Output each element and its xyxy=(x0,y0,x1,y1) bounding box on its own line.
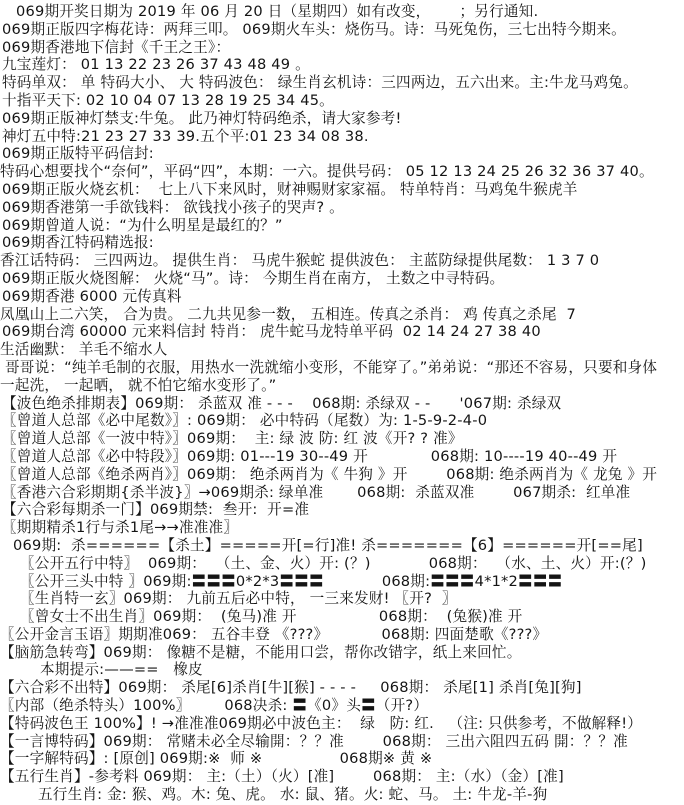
text-line: 069期正版特平码信封: xyxy=(0,145,684,163)
text-line: 哥哥说：“纯羊毛制的衣服，用热水一洗就缩小变形，不能穿了。”弟弟说：“那还不容易… xyxy=(0,359,684,377)
text-line: 一起洗， 一起晒， 就不怕它缩水变形了。” xyxy=(0,377,684,395)
text-line: 〖曾道人总部《必中特段》〗069期: 01---19 30--49 开 068期… xyxy=(0,448,684,466)
text-line: 【六合彩每期杀一门】069期禁: 叁开: 开=准 xyxy=(0,501,684,519)
text-line: 【六合彩不出特】069期： 杀尾[6]杀肖[牛][猴] ‐ ‐ ‐ ‐ 068期… xyxy=(0,679,684,697)
text-line: 神灯五中特:21 23 27 33 39.五个平:01 23 34 08 38. xyxy=(0,128,684,146)
text-line: 〖公开金言玉语〗期期准069： 五谷丰登 《???》 068期: 四面楚歌《??… xyxy=(0,626,684,644)
text-line: 〖公开三头中特 〗069期:〓〓〓0*2*3〓〓〓 068期:〓〓〓4*1*2〓… xyxy=(0,573,684,591)
text-line: 〖曾道人总部《一波中特》〗069期： 主: 绿 波 防: 红 波《开? ? 准》 xyxy=(0,430,684,448)
text-line: 069期: 杀======【杀土】=====开[=行]准! 杀=======【6… xyxy=(0,537,684,555)
text-line: 〖香港六合彩期期{杀半波}〗→069期杀: 绿单准 068期: 杀蓝双准 067… xyxy=(0,484,684,502)
text-line: 九宝莲灯： 01 13 22 23 26 37 43 48 49 。 xyxy=(0,56,684,74)
text-line: 〖期期精杀1行与杀1尾→→准准准〗 xyxy=(0,519,684,537)
text-line: 069期正版神灯禁支:牛兔。 此乃神灯特码绝杀，请大家参考! xyxy=(0,110,684,128)
text-line: 069期香港 6000 元传真料 xyxy=(0,288,684,306)
text-line: 〖生肖特一玄〗069期： 九前五后必中特， 一三来发财! 〖开? 〗 xyxy=(0,590,684,608)
text-line: 特码单双： 单 特码大小、 大 特码波色： 绿生肖玄机诗：三四两边，五六出来。主… xyxy=(0,74,684,92)
text-line: 生活幽默： 羊毛不缩水人 xyxy=(0,341,684,359)
text-line: 〖内部（绝杀特头）100%〗 068决杀: 〓《0》头〓（开?） xyxy=(0,697,684,715)
text-line: 【脑筋急转弯】069期： 像糖不是糖，不能用口尝，帮你改错字，纸上来回忙。 xyxy=(0,644,684,662)
text-line: 【特码波色王 100%】! →准准准069期必中波色主： 绿 防: 红. （注:… xyxy=(0,715,684,733)
text-line: 特码心想要找个“奈何”，平码“四”，本期：一六。提供号码： 05 12 13 2… xyxy=(0,163,684,181)
text-line: 〖公开五行中特〗 069期： （土、金、火）开: (？) 068期： （水、土、… xyxy=(0,555,684,573)
lottery-tip-sheet: 069期开奖日期为 2019 年 06 月 20 日（星期四）如有改变， ；另行… xyxy=(0,0,684,805)
text-line: 069期香港第一手欲钱料： 欲钱找小孩子的哭声? 。 xyxy=(0,199,684,217)
text-line: 凤凰山上二六笑， 合为贵。 二九共见参一数， 五相连。传真之杀肖： 鸡 传真之杀… xyxy=(0,306,684,324)
text-line: 十指平天下: 02 10 04 07 13 28 19 25 34 45。 xyxy=(0,92,684,110)
text-line: 069期台湾 60000 元来料信封 特肖： 虎牛蛇马龙特单平码 02 14 2… xyxy=(0,323,684,341)
text-line: 〖曾女士不出生肖〗069期： (兔马)准 开 068期： (兔猴)准 开 xyxy=(0,608,684,626)
text-line: 【一字解特码】: [原创] 069期:※ 师 ※ 068期※ 黄 ※ xyxy=(0,750,684,768)
text-line: 069期正版四字梅花诗：两拜三叩。 069期火车头：烧伤马。诗：马死兔伤，三七出… xyxy=(0,21,684,39)
text-line: 〖曾道人总部《必中尾数》〗: 069期： 必中特码（尾数）为: 1-5-9-2-… xyxy=(0,412,684,430)
text-line: 香江话特码： 三四两边。 提供生肖： 马虎牛猴蛇 提供波色： 主蓝防绿提供尾数：… xyxy=(0,252,684,270)
text-line: 069期曾道人说：“为什么明星是最红的？” xyxy=(0,217,684,235)
text-line: 069期正版火烧图解： 火烧“马”。诗： 今期生肖在南方， 土数之中寻特码。 xyxy=(0,270,684,288)
text-line: 069期正版火烧玄机： 七上八下来风时，财神赐财家家福。 特单特肖：马鸡兔牛猴虎… xyxy=(0,181,684,199)
text-line: 〖曾道人总部《绝杀两肖》〗069期： 绝杀两肖为《 牛狗 》开 068期: 绝杀… xyxy=(0,466,684,484)
text-line: 五行生肖: 金: 猴、鸡。木: 兔、虎。 水: 鼠、猪。火: 蛇、马。 土: 牛… xyxy=(0,786,684,804)
text-line: 本期提示:——== 橡皮 xyxy=(0,661,684,679)
text-line: 069期香江特码精选报: xyxy=(0,234,684,252)
text-line: 【五行生肖】-参考料 069期： 主:（土）（火）[准] 068期： 主:（水）… xyxy=(0,768,684,786)
text-line: 【波色绝杀排期表】069期： 杀蓝双 准 ‐ ‐ ‐ 068期: 杀绿双 ‐ ‐… xyxy=(0,395,684,413)
text-line: 069期开奖日期为 2019 年 06 月 20 日（星期四）如有改变， ；另行… xyxy=(0,3,684,21)
text-line: 【一言博特码】069期： 常赌未必全尽输開：？？准 068期： 三出六阻四五码 … xyxy=(0,733,684,751)
text-line: 069期香港地下信封《千王之王》： xyxy=(0,39,684,57)
document-body: 069期开奖日期为 2019 年 06 月 20 日（星期四）如有改变， ；另行… xyxy=(0,3,684,804)
